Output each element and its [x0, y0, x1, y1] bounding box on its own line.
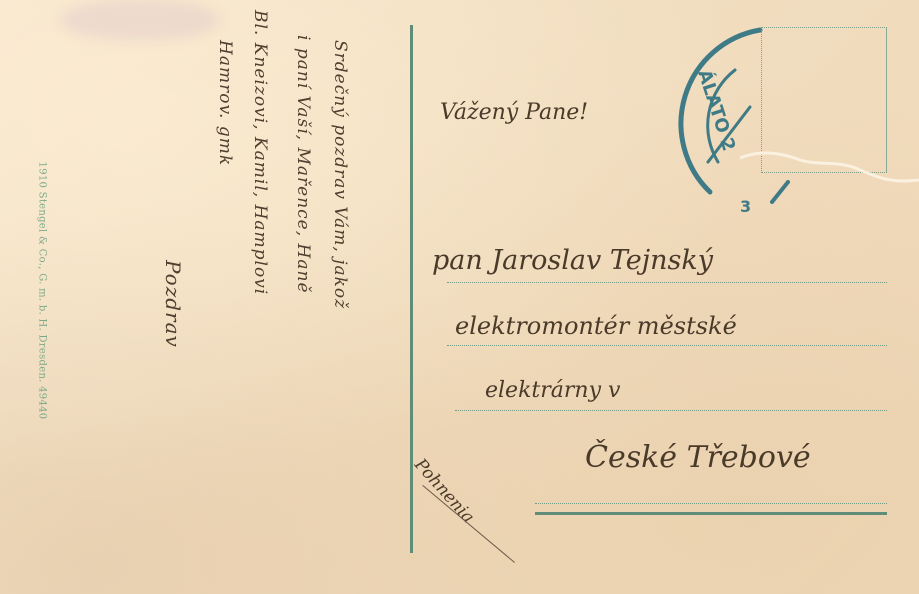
address-rule-1 — [447, 282, 887, 283]
address-rule-4 — [535, 503, 887, 504]
address-underline — [535, 512, 887, 515]
sender-note-rule — [422, 485, 515, 563]
address-line-1: pan Jaroslav Tejnský — [432, 245, 713, 276]
address-rule-3 — [455, 410, 887, 411]
message-column-1: Srdečný pozdrav Vám, jakož — [330, 40, 350, 309]
postcard-back: 1910 Stengel & Co., G. m. b. H. Dresden.… — [0, 0, 919, 594]
address-rule-2 — [447, 345, 887, 346]
message-column-4: Hamrov. gmk — [215, 40, 235, 166]
salutation: Vážený Pane! — [440, 100, 588, 125]
address-line-2: elektromontér městské — [455, 312, 737, 340]
svg-text:ÁLATO 2: ÁLATO 2 — [693, 67, 740, 154]
message-column-2: i paní Vaší, Mařence, Haně — [293, 35, 313, 294]
address-line-3: elektrárny v — [485, 378, 620, 403]
printer-imprint: 1910 Stengel & Co., G. m. b. H. Dresden.… — [28, 160, 56, 420]
center-divider-line — [410, 25, 413, 553]
message-column-3: Bl. Kneizovi, Kamil, Hamplovi — [250, 10, 270, 295]
printer-imprint-text: 1910 Stengel & Co., G. m. b. H. Dresden.… — [37, 161, 48, 419]
handwritten-message: Srdečný pozdrav Vám, jakož i paní Vaší, … — [150, 10, 410, 570]
address-line-4: České Třebové — [585, 440, 811, 475]
message-signature: Pozdrav — [161, 260, 185, 348]
sender-note: Pohnenia — [410, 455, 478, 527]
paper-tear — [740, 140, 919, 200]
